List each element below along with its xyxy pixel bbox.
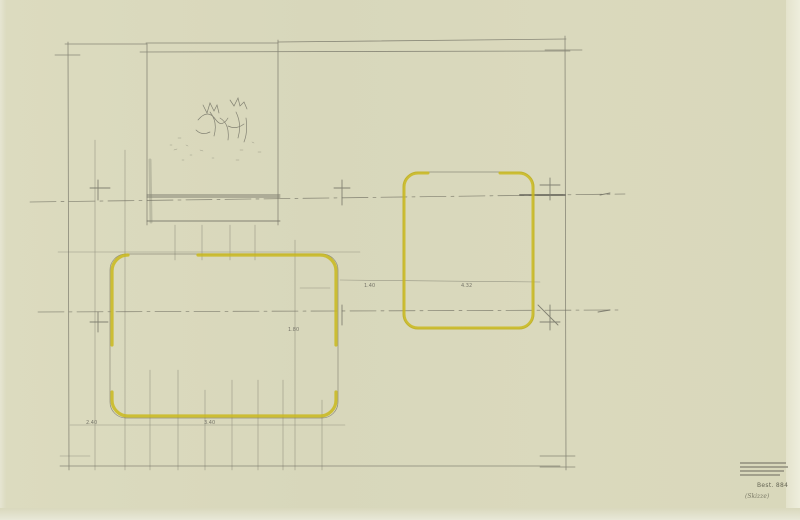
outer-frame xyxy=(55,36,582,470)
archive-stamp xyxy=(740,462,790,484)
archive-number: Best. 884 xyxy=(757,482,788,489)
dim-between-rects: 1.40 xyxy=(364,283,375,289)
plant-sketch xyxy=(170,98,261,160)
dim-right-rect-width: 4.32 xyxy=(461,283,472,289)
dim-left-rect-bottom: 3.40 xyxy=(204,420,215,426)
planting-square xyxy=(147,160,280,222)
axis-lines xyxy=(30,194,625,312)
dim-left-rect-bottom-left: 2.40 xyxy=(86,420,97,426)
left-room-outline xyxy=(110,254,338,418)
grid-lines xyxy=(58,140,540,470)
dim-left-rect-height: 1.80 xyxy=(288,327,299,333)
plan-drawing xyxy=(0,0,800,520)
pencil-note: (Skizze) xyxy=(745,493,769,500)
